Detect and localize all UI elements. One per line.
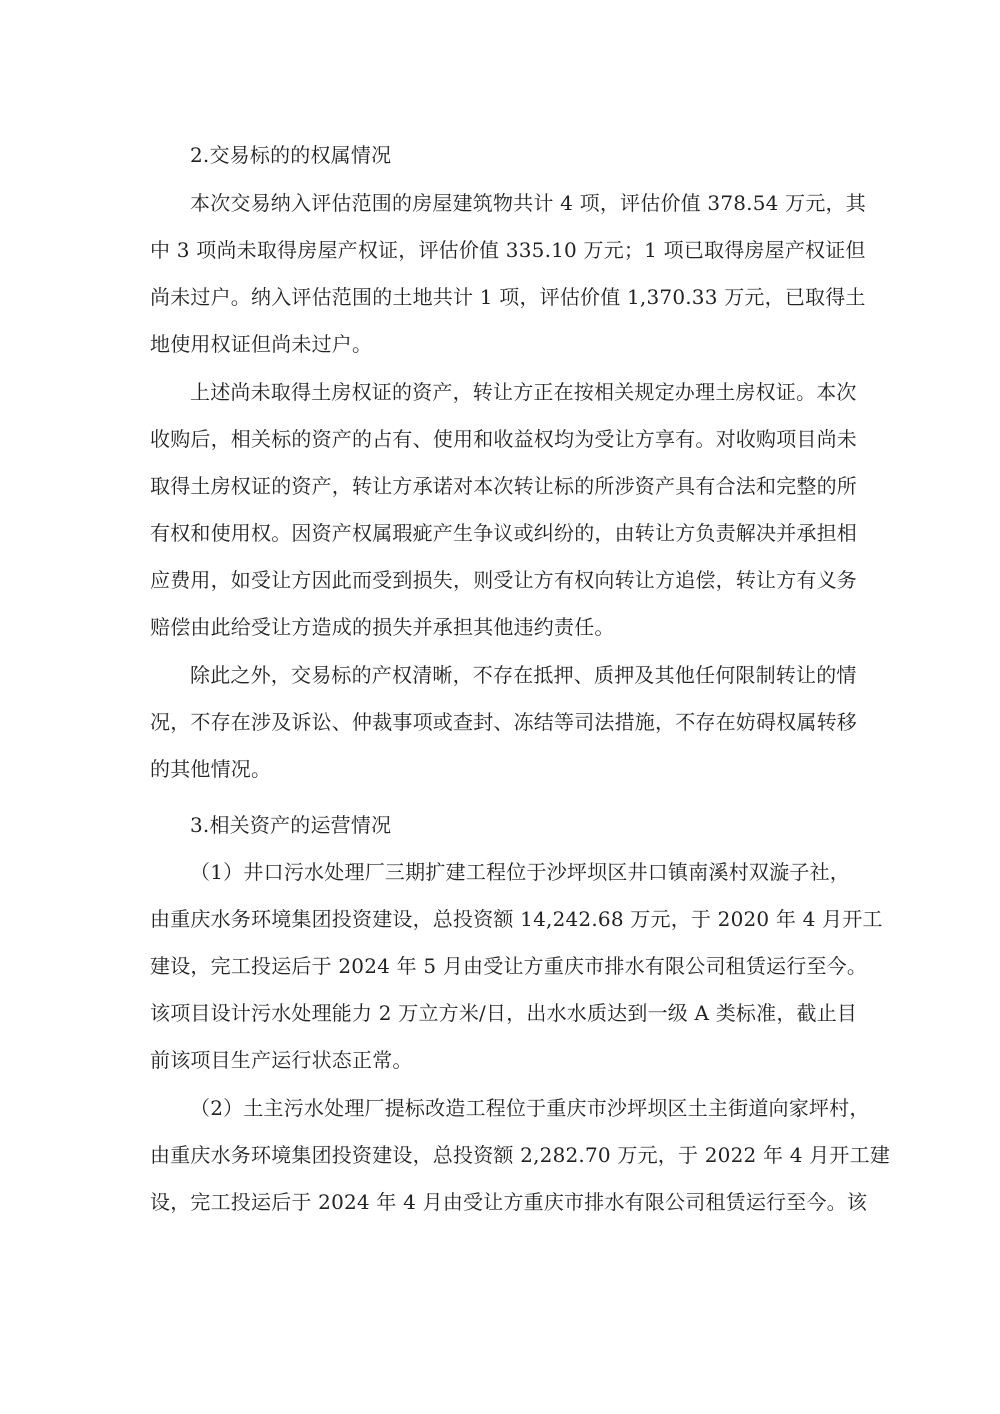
text-line: 应费用，如受让方因此而受到损失，则受让方有权向转让方追偿，转让方有义务 <box>150 566 850 594</box>
text-line: 有权和使用权。因资产权属瑕疵产生争议或纠纷的，由转让方负责解决并承担相 <box>150 519 850 547</box>
text-line: 收购后，相关标的资产的占有、使用和收益权均为受让方享有。对收购项目尚未 <box>150 425 850 453</box>
text-line: 赔偿由此给受让方造成的损失并承担其他违约责任。 <box>150 613 850 641</box>
section-heading-ownership: 2.交易标的的权属情况 <box>190 141 850 169</box>
text-line: 地使用权证但尚未过户。 <box>150 330 850 358</box>
text-line: 的其他情况。 <box>150 755 850 783</box>
text-line: 中 3 项尚未取得房屋产权证，评估价值 335.10 万元；1 项已取得房屋产权… <box>150 236 850 264</box>
text-line: 尚未过户。纳入评估范围的土地共计 1 项，评估价值 1,370.33 万元，已取… <box>150 283 850 311</box>
section-heading-operations: 3.相关资产的运营情况 <box>190 811 850 839</box>
text-line: 除此之外，交易标的产权清晰，不存在抵押、质押及其他任何限制转让的情 <box>190 661 850 689</box>
text-line: 由重庆水务环境集团投资建设，总投资额 2,282.70 万元，于 2022 年 … <box>150 1141 850 1169</box>
text-line: 取得土房权证的资产，转让方承诺对本次转让标的所涉资产具有合法和完整的所 <box>150 472 850 500</box>
text-line: 该项目设计污水处理能力 2 万立方米/日，出水水质达到一级 A 类标准，截止目 <box>150 999 850 1027</box>
text-line: 设，完工投运后于 2024 年 4 月由受让方重庆市排水有限公司租赁运行至今。该 <box>150 1188 850 1216</box>
text-line: （1）井口污水处理厂三期扩建工程位于沙坪坝区井口镇南溪村双漩子社， <box>190 858 850 886</box>
text-line: 本次交易纳入评估范围的房屋建筑物共计 4 项，评估价值 378.54 万元，其 <box>190 189 850 217</box>
text-line: 况，不存在涉及诉讼、仲裁事项或查封、冻结等司法措施，不存在妨碍权属转移 <box>150 708 850 736</box>
text-line: （2）土主污水处理厂提标改造工程位于重庆市沙坪坝区土主街道向家坪村， <box>190 1094 850 1122</box>
text-line: 前该项目生产运行状态正常。 <box>150 1046 850 1074</box>
text-line: 建设，完工投运后于 2024 年 5 月由受让方重庆市排水有限公司租赁运行至今。 <box>150 952 850 980</box>
text-line: 上述尚未取得土房权证的资产，转让方正在按相关规定办理土房权证。本次 <box>190 378 850 406</box>
text-line: 由重庆水务环境集团投资建设，总投资额 14,242.68 万元，于 2020 年… <box>150 905 850 933</box>
